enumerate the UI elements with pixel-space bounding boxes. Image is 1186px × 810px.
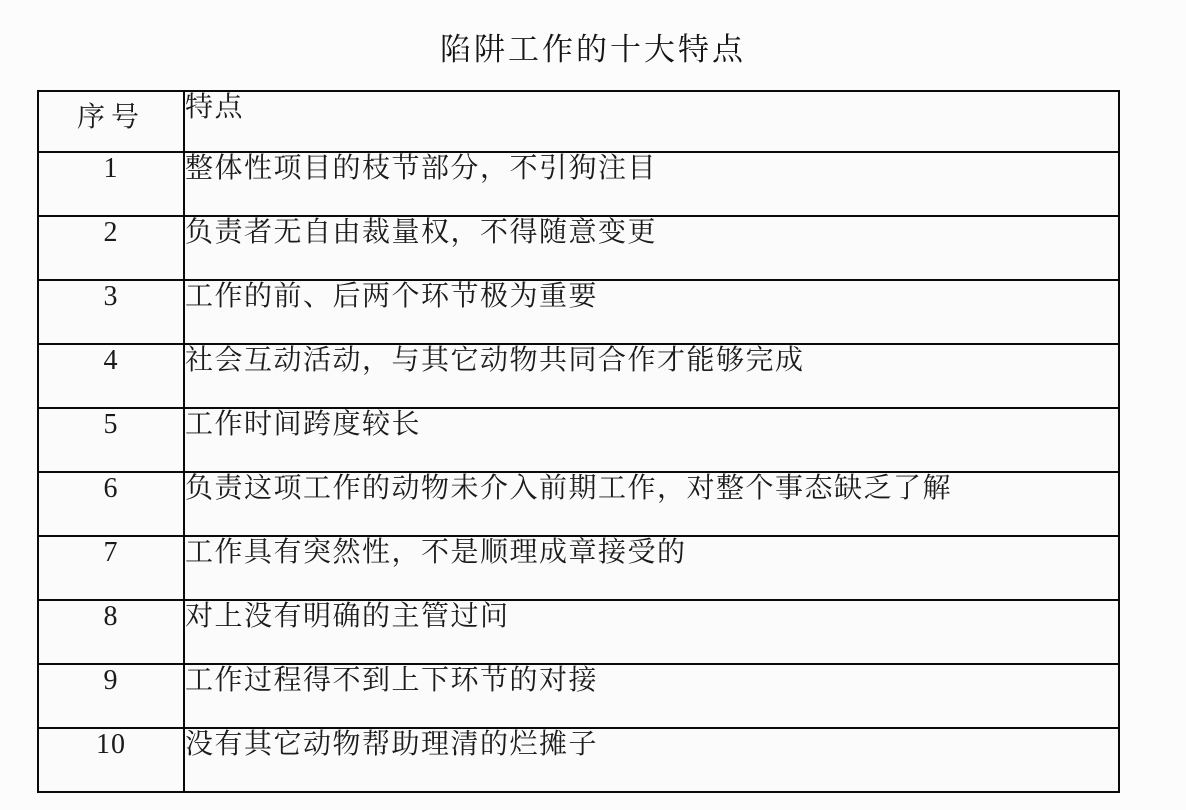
row-feature-cell: 负责这项工作的动物未介入前期工作，对整个事态缺乏了解 xyxy=(184,472,1119,536)
row-number-cell: 10 xyxy=(38,728,184,792)
header-cell-number: 序号 xyxy=(38,91,184,152)
row-number-cell: 6 xyxy=(38,472,184,536)
row-number-cell: 1 xyxy=(38,152,184,216)
table-row: 6 负责这项工作的动物未介入前期工作，对整个事态缺乏了解 xyxy=(38,472,1119,536)
row-number-cell: 4 xyxy=(38,344,184,408)
row-number-cell: 5 xyxy=(38,408,184,472)
feature-table: 序号 特点 1 整体性项目的枝节部分，不引狗注目 2 负责者无自由裁量权，不得随… xyxy=(37,90,1120,793)
row-feature-cell: 工作过程得不到上下环节的对接 xyxy=(184,664,1119,728)
page-title: 陷阱工作的十大特点 xyxy=(0,24,1186,69)
table-row: 3 工作的前、后两个环节极为重要 xyxy=(38,280,1119,344)
row-feature-cell: 没有其它动物帮助理清的烂摊子 xyxy=(184,728,1119,792)
row-number-cell: 7 xyxy=(38,536,184,600)
table-row: 5 工作时间跨度较长 xyxy=(38,408,1119,472)
row-feature-cell: 工作具有突然性，不是顺理成章接受的 xyxy=(184,536,1119,600)
row-feature-cell: 对上没有明确的主管过问 xyxy=(184,600,1119,664)
row-feature-cell: 社会互动活动，与其它动物共同合作才能够完成 xyxy=(184,344,1119,408)
table-row: 8 对上没有明确的主管过问 xyxy=(38,600,1119,664)
row-number-cell: 8 xyxy=(38,600,184,664)
document-page: 陷阱工作的十大特点 序号 特点 1 整体性项目的枝节部分，不引狗注目 2 负责者… xyxy=(0,0,1186,810)
table-row: 2 负责者无自由裁量权，不得随意变更 xyxy=(38,216,1119,280)
row-feature-cell: 负责者无自由裁量权，不得随意变更 xyxy=(184,216,1119,280)
table-row: 7 工作具有突然性，不是顺理成章接受的 xyxy=(38,536,1119,600)
table-header-row: 序号 特点 xyxy=(38,91,1119,152)
row-number-cell: 9 xyxy=(38,664,184,728)
row-number-cell: 2 xyxy=(38,216,184,280)
table-row: 9 工作过程得不到上下环节的对接 xyxy=(38,664,1119,728)
table-row: 10 没有其它动物帮助理清的烂摊子 xyxy=(38,728,1119,792)
row-feature-cell: 工作时间跨度较长 xyxy=(184,408,1119,472)
table-row: 4 社会互动活动，与其它动物共同合作才能够完成 xyxy=(38,344,1119,408)
header-cell-feature: 特点 xyxy=(184,91,1119,152)
row-feature-cell: 工作的前、后两个环节极为重要 xyxy=(184,280,1119,344)
table-row: 1 整体性项目的枝节部分，不引狗注目 xyxy=(38,152,1119,216)
row-number-cell: 3 xyxy=(38,280,184,344)
row-feature-cell: 整体性项目的枝节部分，不引狗注目 xyxy=(184,152,1119,216)
